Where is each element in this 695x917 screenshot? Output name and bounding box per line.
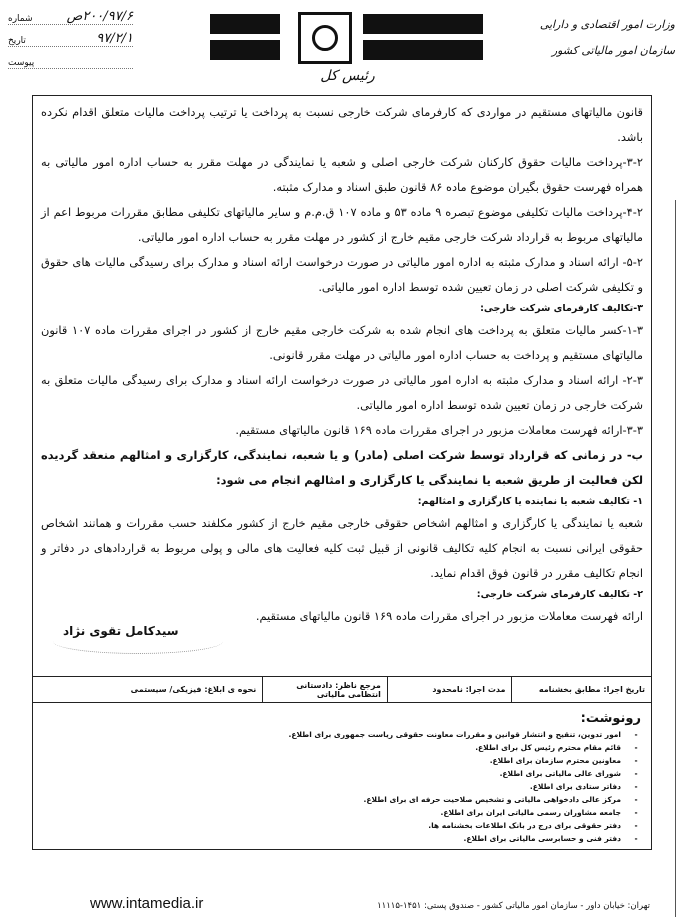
execution-info-table: تاریخ اجرا: مطابق بخشنامه مدت اجرا: نامح…	[32, 677, 652, 703]
cc-item-text: دفاتر ستادی برای اطلاع.	[530, 780, 621, 793]
info-cell-duration: مدت اجرا: نامحدود	[387, 677, 512, 702]
paragraph: ۵-۲- ارائه اسناد و مدارک مثبته به اداره …	[41, 250, 643, 300]
section-heading: ۲- تکالیف کارفرمای شرکت خارجی:	[41, 586, 643, 604]
cc-section: رونوشت: -امور تدوین، تنقیح و انتشار قوان…	[32, 703, 652, 850]
cc-item-text: مرکز عالی دادخواهی مالیاتی و تشخیص صلاحی…	[364, 793, 621, 806]
cc-item-text: معاونین محترم سازمان برای اطلاع.	[490, 754, 621, 767]
ref-date-row: ۹۷/۲/۱ تاریخ	[8, 28, 133, 47]
cc-item-text: جامعه مشاوران رسمی مالیاتی ایران برای اط…	[441, 806, 621, 819]
reference-block: ۲۰۰/۹۷/۶ص شماره ۹۷/۲/۱ تاریخ پیوست	[8, 6, 133, 72]
paragraph: ۴-۲-پرداخت مالیات تکلیفی موضوع تبصره ۹ م…	[41, 200, 643, 250]
page-edge-rule	[675, 200, 676, 917]
emblem-bar	[210, 40, 280, 60]
ministry-name: وزارت امور اقتصادی و دارایی	[540, 12, 675, 38]
ministry-block: وزارت امور اقتصادی و دارایی سازمان امور …	[540, 12, 675, 64]
paragraph: ۳-۳-ارائه فهرست معاملات مزبور در اجرای م…	[41, 418, 643, 443]
section-heading: ۳-تکالیف کارفرمای شرکت خارجی:	[41, 300, 643, 318]
emblem-icon	[298, 12, 352, 64]
info-cell-delivery-method: نحوه ی ابلاغ: فیزیکی/ سیستمی	[33, 677, 262, 702]
signature-name: سیدکامل تقوی نژاد	[63, 624, 179, 638]
footer: www.intamedia.ir تهران: خیابان داور - سا…	[90, 895, 650, 912]
organization-name: سازمان امور مالیاتی کشور	[540, 38, 675, 64]
ref-attachment-label: پیوست	[8, 58, 34, 68]
organization-emblem	[200, 12, 495, 66]
emblem-seal-icon	[312, 25, 338, 51]
cc-item-text: شورای عالی مالیاتی برای اطلاع.	[500, 767, 621, 780]
footer-website: www.intamedia.ir	[90, 895, 203, 912]
ref-attachment-row: پیوست	[8, 50, 133, 69]
info-cell-execution-date: تاریخ اجرا: مطابق بخشنامه	[511, 677, 651, 702]
emblem-bar	[363, 14, 483, 34]
ref-number-row: ۲۰۰/۹۷/۶ص شماره	[8, 6, 133, 25]
ref-number-label: شماره	[8, 14, 33, 24]
cc-item: -معاونین محترم سازمان برای اطلاع.	[33, 754, 641, 767]
cc-item-text: امور تدوین، تنقیح و انتشار قوانین و مقرر…	[288, 728, 621, 741]
section-heading: ب- در زمانی که قرارداد توسط شرکت اصلی (م…	[41, 443, 643, 493]
chief-title: رئیس کل	[0, 68, 695, 84]
cc-item: -امور تدوین، تنقیح و انتشار قوانین و مقر…	[33, 728, 641, 741]
cc-item: -جامعه مشاوران رسمی مالیاتی ایران برای ا…	[33, 806, 641, 819]
cc-item: -مرکز عالی دادخواهی مالیاتی و تشخیص صلاح…	[33, 793, 641, 806]
cc-item-text: دفتر فنی و حسابرسی مالیاتی برای اطلاع.	[464, 832, 621, 845]
cc-item: -شورای عالی مالیاتی برای اطلاع.	[33, 767, 641, 780]
section-heading: ۱- تکالیف شعبه یا نماینده یا کارگزاری و …	[41, 493, 643, 511]
emblem-bar	[210, 14, 280, 34]
paragraph: شعبه یا نمایندگی یا کارگزاری و امثالهم ا…	[41, 511, 643, 586]
emblem-bar	[363, 40, 483, 60]
paragraph: ۱-۳-کسر مالیات متعلق به پرداخت های انجام…	[41, 318, 643, 368]
cc-item: -دفتر فنی و حسابرسی مالیاتی برای اطلاع.	[33, 832, 641, 845]
ref-number-value: ۲۰۰/۹۷/۶ص	[67, 9, 133, 24]
ref-date-value: ۹۷/۲/۱	[96, 31, 133, 46]
paragraph: ۲-۳- ارائه اسناد و مدارک مثبته به اداره …	[41, 368, 643, 418]
cc-item-text: قائم مقام محترم رئیس کل برای اطلاع.	[475, 741, 621, 754]
cc-item: -قائم مقام محترم رئیس کل برای اطلاع.	[33, 741, 641, 754]
footer-address: تهران: خیابان داور - سازمان امور مالیاتی…	[377, 901, 650, 911]
cc-item: -دفتر حقوقی برای درج در بانک اطلاعات بخش…	[33, 819, 641, 832]
document-body: قانون مالیاتهای مستقیم در مواردی که کارف…	[32, 95, 652, 677]
paragraph: قانون مالیاتهای مستقیم در مواردی که کارف…	[41, 100, 643, 150]
letterhead: ۲۰۰/۹۷/۶ص شماره ۹۷/۲/۱ تاریخ پیوست وزارت…	[0, 0, 695, 92]
info-cell-supervisor: مرجع ناظر: دادستانی انتظامی مالیاتی	[262, 677, 387, 702]
ref-date-label: تاریخ	[8, 36, 26, 46]
cc-item-text: دفتر حقوقی برای درج در بانک اطلاعات بخشن…	[428, 819, 621, 832]
paragraph: ۳-۲-پرداخت مالیات حقوق کارکنان شرکت خارج…	[41, 150, 643, 200]
cc-title: رونوشت:	[33, 711, 641, 726]
cc-item: -دفاتر ستادی برای اطلاع.	[33, 780, 641, 793]
